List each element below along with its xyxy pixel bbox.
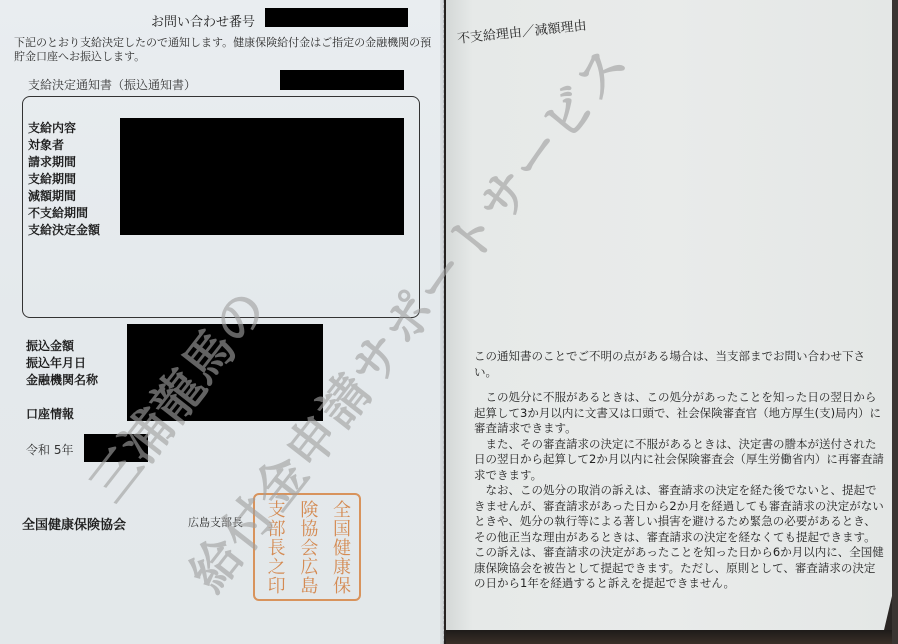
transfer-field-labels: 振込金額 振込年月日 金融機関名称 — [26, 338, 98, 389]
field-label: 減額期間 — [28, 188, 100, 205]
notice-paragraph: なお、この処分の取消の訴えは、審査請求の決定を経た後でないと、提起できませんが、… — [474, 483, 884, 592]
table-surface — [446, 630, 898, 644]
organization-name: 全国健康保険協会 — [22, 514, 126, 533]
redacted-decision-values — [120, 118, 404, 235]
field-label: 金融機関名称 — [26, 372, 98, 389]
page-edge — [892, 0, 898, 644]
field-label: 不支給期間 — [28, 205, 100, 222]
field-label: 支給決定金額 — [28, 222, 100, 239]
notice-paragraph: この処分に不服があるときは、この処分があったことを知った日の翌日から起算して3か… — [474, 390, 884, 437]
redacted-transfer-values — [127, 324, 323, 421]
document-title: 支給決定通知書（振込通知書） — [28, 76, 196, 93]
notice-paragraph: この通知書のことでご不明の点がある場合は、当支部までお問い合わせ下さい。 — [474, 349, 884, 380]
field-label: 支給期間 — [28, 171, 100, 188]
redacted-inquiry-number — [265, 8, 408, 27]
redacted-document-date — [280, 70, 404, 90]
intro-text: 下記のとおり支給決定したので通知します。健康保険給付金はご指定の金融機関の預貯金… — [14, 36, 439, 64]
account-info-label: 口座情報 — [26, 405, 74, 422]
seal-column: 支部長之印 — [258, 498, 291, 596]
field-label: 振込金額 — [26, 338, 98, 355]
official-seal: 全国健康保 険協会広島 支部長之印 — [253, 493, 361, 601]
seal-column: 全国健康保 — [323, 498, 356, 596]
seal-column: 険協会広島 — [291, 498, 324, 596]
field-label: 請求期間 — [28, 154, 100, 171]
decision-field-labels: 支給内容 対象者 請求期間 支給期間 減額期間 不支給期間 支給決定金額 — [28, 120, 100, 239]
redacted-issue-date — [84, 434, 148, 462]
field-label: 対象者 — [28, 137, 100, 154]
field-label: 支給内容 — [28, 120, 100, 137]
inquiry-number-label: お問い合わせ番号 — [151, 11, 255, 30]
notice-paragraph: また、その審査請求の決定に不服があるときは、決定書の謄本が送付された日の翌日から… — [474, 437, 884, 484]
field-label: 振込年月日 — [26, 355, 98, 372]
appeal-notice: この通知書のことでご不明の点がある場合は、当支部までお問い合わせ下さい。 この処… — [474, 349, 884, 592]
issue-date-prefix: 令和 5年 — [26, 441, 73, 458]
branch-head-title: 広島支部長 — [188, 514, 243, 530]
